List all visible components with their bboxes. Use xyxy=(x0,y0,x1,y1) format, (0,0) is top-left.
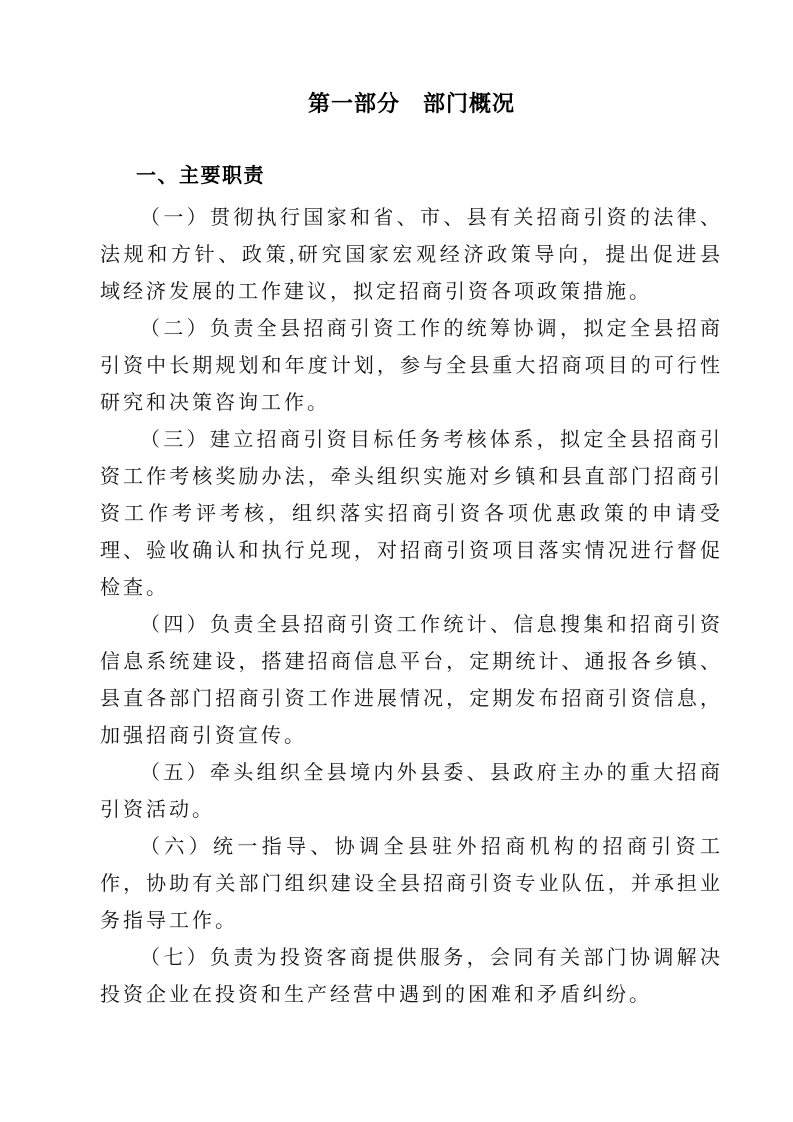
document-body: （一）贯彻执行国家和省、市、县有关招商引资的法律、法规和方针、政策,研究国家宏观… xyxy=(100,200,723,1014)
duty-paragraph-2: （二）负责全县招商引资工作的统筹协调，拟定全县招商引资中长期规划和年度计划，参与… xyxy=(100,311,723,422)
document-page: 第一部分 部门概况 一、主要职责 （一）贯彻执行国家和省、市、县有关招商引资的法… xyxy=(0,0,793,1122)
duty-paragraph-1: （一）贯彻执行国家和省、市、县有关招商引资的法律、法规和方针、政策,研究国家宏观… xyxy=(100,200,723,311)
duty-paragraph-5: （五）牵头组织全县境内外县委、县政府主办的重大招商引资活动。 xyxy=(100,755,723,829)
section-heading-main-duties: 一、主要职责 xyxy=(100,163,723,190)
duty-paragraph-3: （三）建立招商引资目标任务考核体系，拟定全县招商引资工作考核奖励办法，牵头组织实… xyxy=(100,422,723,607)
duty-paragraph-6: （六）统一指导、协调全县驻外招商机构的招商引资工作，协助有关部门组织建设全县招商… xyxy=(100,829,723,940)
document-title: 第一部分 部门概况 xyxy=(100,90,723,118)
duty-paragraph-7: （七）负责为投资客商提供服务，会同有关部门协调解决投资企业在投资和生产经营中遇到… xyxy=(100,940,723,1014)
duty-paragraph-4: （四）负责全县招商引资工作统计、信息搜集和招商引资信息系统建设，搭建招商信息平台… xyxy=(100,607,723,755)
